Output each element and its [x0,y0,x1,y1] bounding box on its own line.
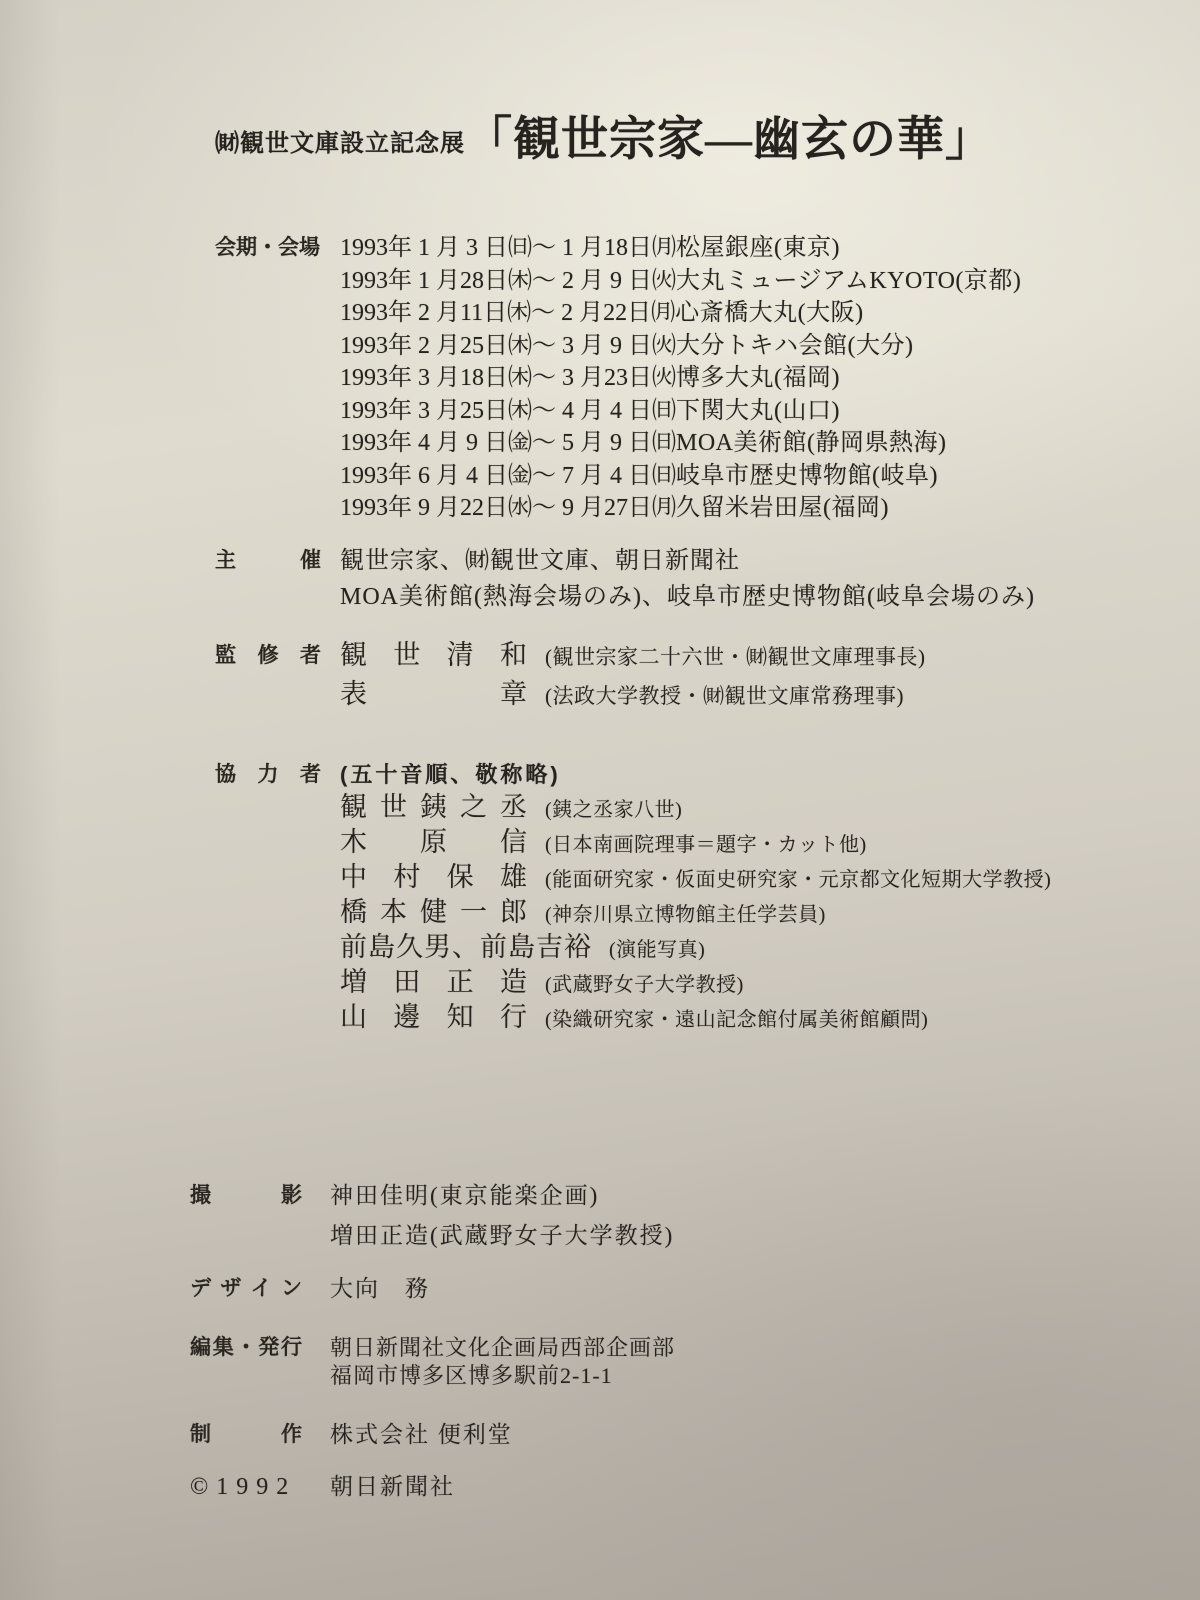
production-credit: 株式会社 便利堂 [330,1420,513,1450]
schedule-date: 1993年 2 月11日㈭～ 2 月22日㈪ [340,297,675,330]
schedule-venue: 心斎橋大丸(大阪) [675,297,863,330]
organizer-line: MOA美術館(熱海会場のみ)、岐阜市歴史博物館(岐阜会場のみ) [340,579,1035,615]
copyright-line: ©1992 朝日新聞社 [190,1472,1160,1502]
schedule-label: 会期・会場 [215,232,321,265]
page-title: 「観世宗家―幽玄の華」 [465,112,993,168]
collaborator-rows: (五十音順、敬称略) 観世銕之丞 (銕之丞家八世) 木原信 (日本南画院理事＝題… [340,759,1051,1036]
supervisor-rows: 観世清和 (観世宗家二十六世・㈶観世文庫理事長) 表章 (法政大学教授・㈶観世文… [340,637,926,715]
person-name: 木原信 [340,826,528,858]
schedule-section: 会期・会場 1993年 1 月 3 日㈰～ 1 月18日㈪ 松屋銀座(東京) 1… [215,232,1160,525]
collaborators-section: 協力者 (五十音順、敬称略) 観世銕之丞 (銕之丞家八世) 木原信 (日本南画院… [215,759,1160,1036]
person-name: 増田正造 [340,966,528,998]
collaborator-row: 観世銕之丞 (銕之丞家八世) [340,791,1051,826]
person-name: 観世銕之丞 [340,791,528,823]
supervisor-row: 観世清和 (観世宗家二十六世・㈶観世文庫理事長) [340,637,926,676]
editing-label: 編集・発行 [190,1334,302,1362]
credits-block: 撮影 神田佳明(東京能楽企画) 増田正造(武蔵野女子大学教授) デザイン 大向 … [190,1176,1160,1502]
schedule-venue: 松屋銀座(東京) [676,232,840,265]
schedule-venue: 久留米岩田屋(福岡) [676,492,889,525]
collaborator-row: 前島久男、前島吉裕 (演能写真) [340,931,1051,966]
schedule-date: 1993年 2 月25日㈭～ 3 月 9 日㈫ [340,330,676,363]
schedule-row: 1993年 9 月22日㈬～ 9 月27日㈪ 久留米岩田屋(福岡) [340,492,1021,525]
person-note: (染織研究家・遠山記念館付属美術館顧問) [545,1004,928,1036]
schedule-venue: 岐阜市歴史博物館(岐阜) [676,460,938,493]
photography-lines: 神田佳明(東京能楽企画) 増田正造(武蔵野女子大学教授) [330,1176,674,1256]
person-note: (銕之丞家八世) [545,794,682,826]
schedule-venue: 博多大丸(福岡) [676,362,840,395]
schedule-date: 1993年 3 月25日㈭～ 4 月 4 日㈰ [340,395,676,428]
person-name: 山邊知行 [340,1001,528,1033]
schedule-date: 1993年 6 月 4 日㈮～ 7 月 4 日㈰ [340,460,676,493]
schedule-row: 1993年 1 月 3 日㈰～ 1 月18日㈪ 松屋銀座(東京) [340,232,1021,265]
publisher-address: 福岡市博多区博多駅前2-1-1 [330,1362,675,1390]
schedule-venue: 下関大丸(山口) [676,395,840,428]
collaborator-row: 中村保雄 (能面研究家・仮面史研究家・元京都文化短期大学教授) [340,861,1051,896]
production-section: 制作 株式会社 便利堂 [190,1420,1160,1450]
exhibition-subtitle: ㈶観世文庫設立記念展 [215,123,465,168]
organizer-label: 主催 [215,543,321,579]
schedule-row: 1993年 3 月25日㈭～ 4 月 4 日㈰ 下関大丸(山口) [340,395,1021,428]
organizer-section: 主催 観世宗家、㈶観世文庫、朝日新聞社 MOA美術館(熱海会場のみ)、岐阜市歴史… [215,543,1160,615]
person-note: (日本南画院理事＝題字・カット他) [545,829,867,861]
catalog-colophon-page: ㈶観世文庫設立記念展 「観世宗家―幽玄の華」 会期・会場 1993年 1 月 3… [0,0,1200,1600]
collaborators-label: 協力者 [215,759,321,791]
production-label: 制作 [190,1420,302,1450]
person-note: (神奈川県立博物館主任学芸員) [545,899,826,931]
collaborator-row: 山邊知行 (染織研究家・遠山記念館付属美術館顧問) [340,1001,1051,1036]
collaborator-row: 木原信 (日本南画院理事＝題字・カット他) [340,826,1051,861]
schedule-row: 1993年 3 月18日㈭～ 3 月23日㈫ 博多大丸(福岡) [340,362,1021,395]
schedule-row: 1993年 2 月11日㈭～ 2 月22日㈪ 心斎橋大丸(大阪) [340,297,1021,330]
person-note: (法政大学教授・㈶観世文庫常務理事) [545,678,904,715]
organizer-line: 観世宗家、㈶観世文庫、朝日新聞社 [340,543,1035,579]
schedule-row: 1993年 4 月 9 日㈮～ 5 月 9 日㈰ MOA美術館(静岡県熱海) [340,427,1021,460]
design-label: デザイン [190,1274,302,1304]
schedule-date: 1993年 3 月18日㈭～ 3 月23日㈫ [340,362,676,395]
copyright-mark: ©1992 [190,1472,322,1502]
collaborator-row: 橋本健一郎 (神奈川県立博物館主任学芸員) [340,896,1051,931]
person-name: 観世清和 [340,637,528,674]
copyright-holder: 朝日新聞社 [330,1472,455,1502]
design-section: デザイン 大向 務 [190,1274,1160,1304]
schedule-venue: MOA美術館(静岡県熱海) [676,427,947,460]
photography-line: 神田佳明(東京能楽企画) [330,1176,674,1216]
editing-lines: 朝日新聞社文化企画局西部企画部 福岡市博多区博多駅前2-1-1 [330,1334,675,1390]
schedule-date: 1993年 9 月22日㈬～ 9 月27日㈪ [340,492,676,525]
design-credit: 大向 務 [330,1274,430,1304]
organizer-lines: 観世宗家、㈶観世文庫、朝日新聞社 MOA美術館(熱海会場のみ)、岐阜市歴史博物館… [340,543,1035,615]
person-note: (演能写真) [609,934,705,966]
schedule-rows: 1993年 1 月 3 日㈰～ 1 月18日㈪ 松屋銀座(東京) 1993年 1… [340,232,1021,525]
schedule-date: 1993年 1 月 3 日㈰～ 1 月18日㈪ [340,232,676,265]
schedule-row: 1993年 1 月28日㈭～ 2 月 9 日㈫ 大丸ミュージアムKYOTO(京都… [340,265,1021,298]
photography-line: 増田正造(武蔵野女子大学教授) [330,1216,674,1256]
person-note: (武蔵野女子大学教授) [545,969,744,1001]
schedule-row: 1993年 2 月25日㈭～ 3 月 9 日㈫ 大分トキハ会館(大分) [340,330,1021,363]
person-name: 表章 [340,676,528,713]
person-note: (観世宗家二十六世・㈶観世文庫理事長) [545,639,926,676]
person-note: (能面研究家・仮面史研究家・元京都文化短期大学教授) [545,864,1051,896]
schedule-date: 1993年 1 月28日㈭～ 2 月 9 日㈫ [340,265,676,298]
supervisors-section: 監修者 観世清和 (観世宗家二十六世・㈶観世文庫理事長) 表章 (法政大学教授・… [215,637,1160,715]
title-block: ㈶観世文庫設立記念展 「観世宗家―幽玄の華」 [215,112,1160,168]
schedule-venue: 大分トキハ会館(大分) [676,330,913,363]
person-name: 前島久男、前島吉裕 [340,931,592,963]
supervisors-label: 監修者 [215,637,321,674]
collaborator-row: 増田正造 (武蔵野女子大学教授) [340,966,1051,1001]
publisher-line: 朝日新聞社文化企画局西部企画部 [330,1334,675,1362]
schedule-row: 1993年 6 月 4 日㈮～ 7 月 4 日㈰ 岐阜市歴史博物館(岐阜) [340,460,1021,493]
schedule-date: 1993年 4 月 9 日㈮～ 5 月 9 日㈰ [340,427,676,460]
photography-label: 撮影 [190,1176,302,1216]
person-name: 中村保雄 [340,861,528,893]
collaborators-heading: (五十音順、敬称略) [340,759,1051,791]
page-content: ㈶観世文庫設立記念展 「観世宗家―幽玄の華」 会期・会場 1993年 1 月 3… [0,0,1200,1600]
schedule-venue: 大丸ミュージアムKYOTO(京都) [676,265,1021,298]
person-name: 橋本健一郎 [340,896,528,928]
editing-section: 編集・発行 朝日新聞社文化企画局西部企画部 福岡市博多区博多駅前2-1-1 [190,1334,1160,1390]
supervisor-row: 表章 (法政大学教授・㈶観世文庫常務理事) [340,676,926,715]
photography-section: 撮影 神田佳明(東京能楽企画) 増田正造(武蔵野女子大学教授) [190,1176,1160,1256]
